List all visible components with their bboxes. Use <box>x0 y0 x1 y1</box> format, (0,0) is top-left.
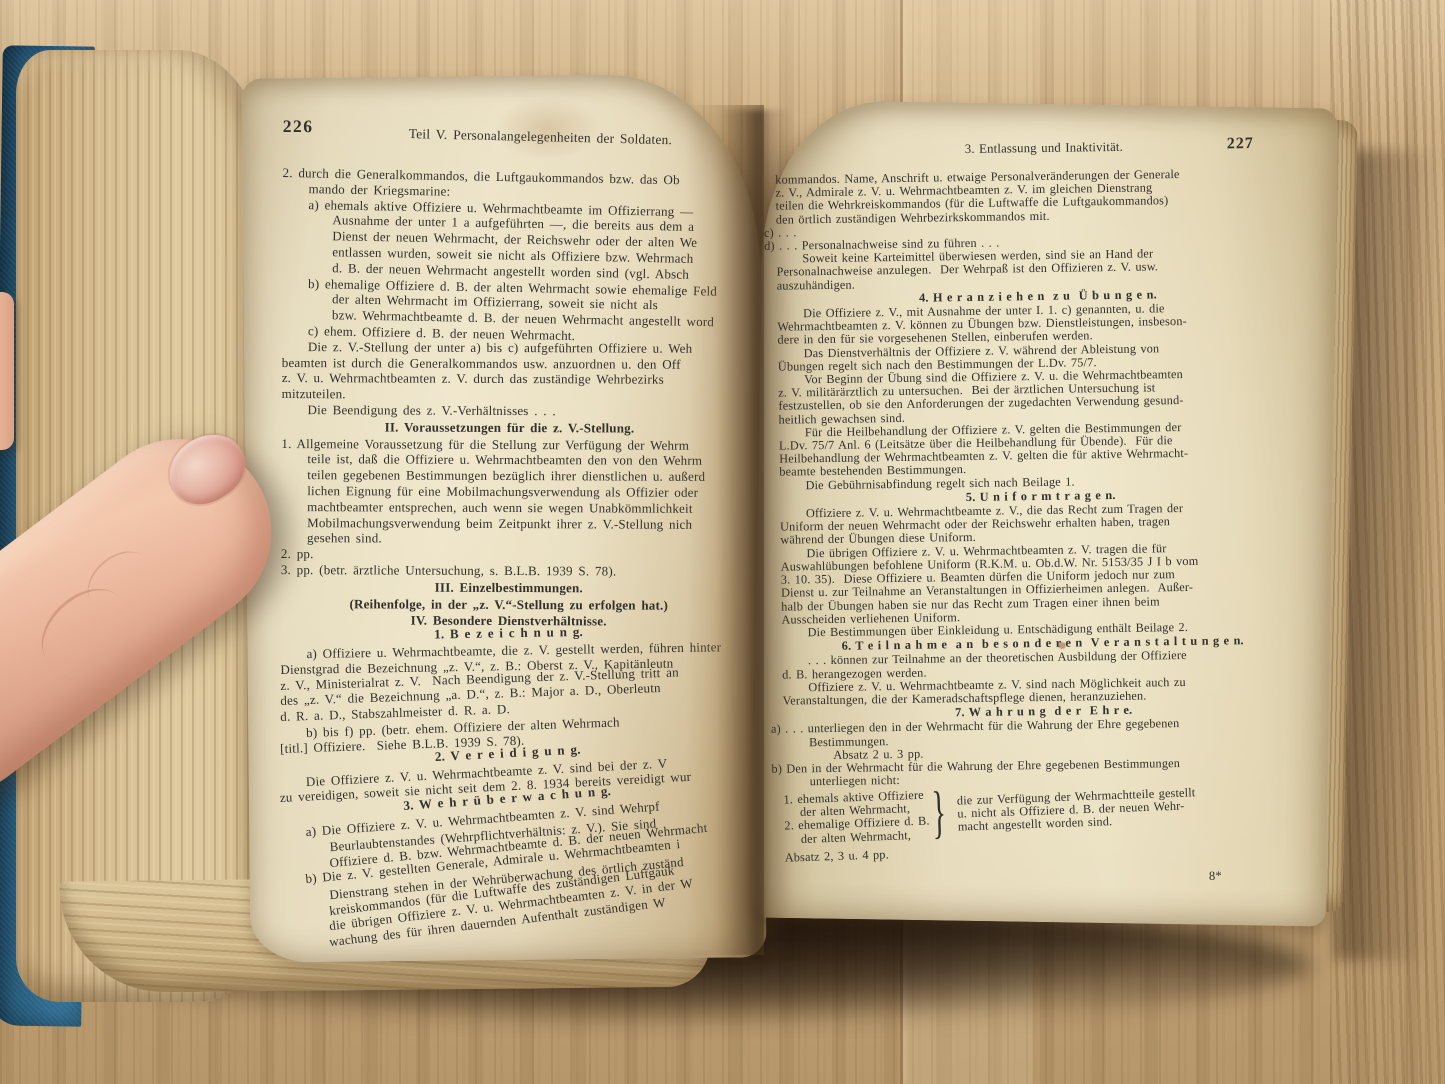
text-line: teilen gegebenen Bestimmungen bezüglich … <box>307 467 737 485</box>
brace-right-text: die zur Verfügung der Wehrmachtteile ges… <box>956 780 1196 841</box>
right-page-number: 227 <box>1227 137 1254 151</box>
right-page-body: kommandos. Name, Anschrift u. etwaige Pe… <box>775 166 1306 789</box>
signature-mark: 8* <box>1209 866 1307 883</box>
text-line: der alten Wehrmacht, <box>801 828 931 846</box>
text-line: machtbeamter entsprechen, auch wenn sie … <box>307 499 737 517</box>
hand-edge <box>0 292 14 450</box>
text-line: II. Voraussetzungen für die z. V.-Stellu… <box>281 419 737 437</box>
text-line: (Reihenfolge, in der „z. V.“-Stellung zu… <box>281 596 737 614</box>
right-running-title: 3. Entlassung und Inaktivität. <box>901 140 1187 157</box>
curly-brace: } <box>931 786 947 841</box>
text-line: 3. pp. (betr. ärztliche Untersuchung, s.… <box>281 562 737 580</box>
left-page-text: 226 Teil V. Personalangelegenheiten der … <box>279 119 739 967</box>
gutter-shadow <box>716 110 792 958</box>
text-line: Die Beendigung des z. V.-Verhältnisses .… <box>308 402 738 420</box>
book-photo-scene: 226 Teil V. Personalangelegenheiten der … <box>0 0 1445 1084</box>
left-page-header: 226 Teil V. Personalangelegenheiten der … <box>283 119 739 167</box>
left-page-number: 226 <box>283 119 314 136</box>
text-line: gesehen sind. <box>307 530 737 548</box>
text-line: lichen Eignung für eine Mobilmachungsver… <box>307 483 737 501</box>
left-page-body: 2. durch die Generalkommandos, die Luftg… <box>279 165 738 952</box>
text-line: z. V. u. Wehrmachtbeamten z. V. durch da… <box>282 370 738 388</box>
left-running-title: Teil V. Personalangelegenheiten der Sold… <box>409 126 673 148</box>
text-line: Mobilmachungsverwendung beim Zeitpunkt i… <box>307 515 737 533</box>
brace-left-items: 1. ehemals aktive Offiziereder alten Weh… <box>783 789 930 847</box>
text-line: teile ist, daß die Offiziere u. Wehrmach… <box>307 451 737 469</box>
text-line: III. Einzelbestimmungen. <box>281 579 737 597</box>
right-page-text: 3. Entlassung und Inaktivität. 227 komma… <box>775 134 1308 901</box>
